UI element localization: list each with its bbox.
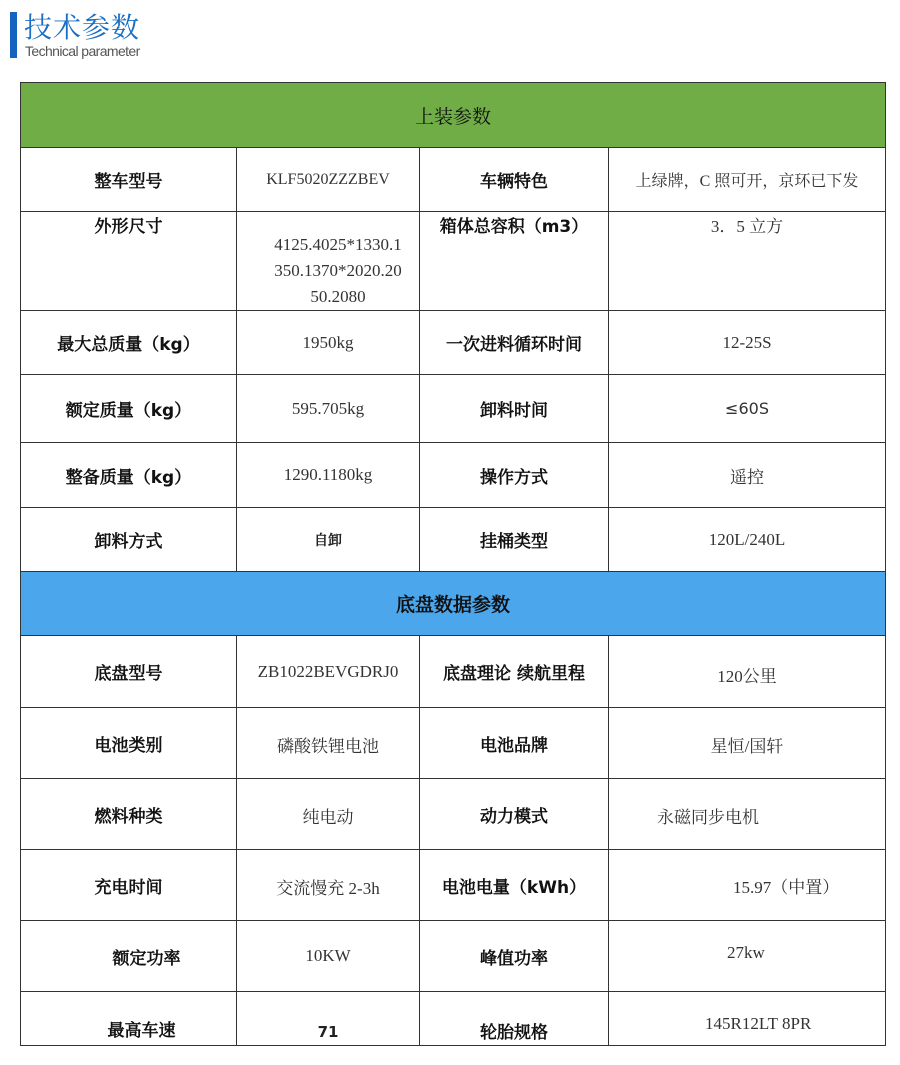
row-label: 车辆特色 bbox=[420, 148, 609, 212]
dims-line: 4125.4025*1330.1 bbox=[261, 232, 415, 258]
row-value: 145R12LT 8PR bbox=[609, 992, 886, 1046]
page-title: 技术参数 bbox=[24, 6, 140, 46]
row-value: ≤60S bbox=[609, 375, 886, 443]
table-row: 底盘型号 ZB1022BEVGDRJ0 底盘理论 续航里程 120公里 bbox=[21, 636, 886, 708]
row-value: 星恒/国轩 bbox=[609, 708, 886, 779]
table-row: 燃料种类 纯电动 动力模式 永磁同步电机 bbox=[21, 779, 886, 850]
row-label: 峰值功率 bbox=[420, 921, 609, 992]
table-row: 电池类别 磷酸铁锂电池 电池品牌 星恒/国轩 bbox=[21, 708, 886, 779]
row-label: 燃料种类 bbox=[21, 779, 237, 850]
row-label: 挂桶类型 bbox=[420, 508, 609, 572]
row-label: 卸料时间 bbox=[420, 375, 609, 443]
row-value: 1950kg bbox=[237, 311, 420, 375]
row-label: 箱体总容积（m3） bbox=[420, 212, 609, 311]
row-label: 额定质量（kg） bbox=[21, 375, 237, 443]
row-value: 3．5 立方 bbox=[609, 212, 886, 311]
page-subtitle: Technical parameter bbox=[25, 43, 140, 59]
section-title: 底盘数据参数 bbox=[21, 572, 886, 636]
row-value: 27kw bbox=[609, 921, 886, 992]
row-value: 4125.4025*1330.1 350.1370*2020.20 50.208… bbox=[237, 212, 420, 311]
row-label: 电池品牌 bbox=[420, 708, 609, 779]
table-row: 整车型号 KLF5020ZZZBEV 车辆特色 上绿牌，C 照可开，京环已下发 bbox=[21, 148, 886, 212]
row-label: 电池类别 bbox=[21, 708, 237, 779]
row-value: 12-25S bbox=[609, 311, 886, 375]
row-value: ZB1022BEVGDRJ0 bbox=[237, 636, 420, 708]
row-label: 最高车速 bbox=[21, 992, 237, 1046]
dims-line: 50.2080 bbox=[261, 284, 415, 310]
row-label: 整备质量（kg） bbox=[21, 443, 237, 508]
section-header-chassis: 底盘数据参数 bbox=[21, 572, 886, 636]
row-value: 71 bbox=[237, 992, 420, 1046]
dims-line: 350.1370*2020.20 bbox=[261, 258, 415, 284]
table-row: 额定功率 10KW 峰值功率 27kw bbox=[21, 921, 886, 992]
row-value: 永磁同步电机 bbox=[609, 779, 886, 850]
table-row: 外形尺寸 4125.4025*1330.1 350.1370*2020.20 5… bbox=[21, 212, 886, 311]
section-header-upper: 上装参数 bbox=[21, 83, 886, 148]
row-value: 595.705kg bbox=[237, 375, 420, 443]
row-label: 轮胎规格 bbox=[420, 992, 609, 1046]
row-value: 10KW bbox=[237, 921, 420, 992]
table-row: 卸料方式 自卸 挂桶类型 120L/240L bbox=[21, 508, 886, 572]
row-label: 底盘型号 bbox=[21, 636, 237, 708]
spec-table: 上装参数 整车型号 KLF5020ZZZBEV 车辆特色 上绿牌，C 照可开，京… bbox=[20, 82, 886, 1046]
row-label: 最大总质量（kg） bbox=[21, 311, 237, 375]
row-label: 充电时间 bbox=[21, 850, 237, 921]
section-title: 上装参数 bbox=[21, 83, 886, 148]
table-row: 整备质量（kg） 1290.1180kg 操作方式 遥控 bbox=[21, 443, 886, 508]
row-value: 磷酸铁锂电池 bbox=[237, 708, 420, 779]
row-value: KLF5020ZZZBEV bbox=[237, 148, 420, 212]
row-label: 额定功率 bbox=[21, 921, 237, 992]
row-label: 电池电量（kWh） bbox=[420, 850, 609, 921]
row-value: 自卸 bbox=[237, 508, 420, 572]
row-label: 整车型号 bbox=[21, 148, 237, 212]
row-label: 一次进料循环时间 bbox=[420, 311, 609, 375]
title-accent-bar bbox=[10, 12, 17, 58]
row-value: 120L/240L bbox=[609, 508, 886, 572]
row-value: 上绿牌，C 照可开，京环已下发 bbox=[609, 148, 886, 212]
row-label: 卸料方式 bbox=[21, 508, 237, 572]
row-label: 操作方式 bbox=[420, 443, 609, 508]
row-label: 底盘理论 续航里程 bbox=[420, 636, 609, 708]
table-row: 充电时间 交流慢充 2-3h 电池电量（kWh） 15.97（中置） bbox=[21, 850, 886, 921]
row-value: 交流慢充 2-3h bbox=[237, 850, 420, 921]
row-value: 遥控 bbox=[609, 443, 886, 508]
table-row: 最大总质量（kg） 1950kg 一次进料循环时间 12-25S bbox=[21, 311, 886, 375]
row-value: 1290.1180kg bbox=[237, 443, 420, 508]
row-value: 120公里 bbox=[609, 636, 886, 708]
table-row: 额定质量（kg） 595.705kg 卸料时间 ≤60S bbox=[21, 375, 886, 443]
table-row: 最高车速 71 轮胎规格 145R12LT 8PR bbox=[21, 992, 886, 1046]
row-value: 15.97（中置） bbox=[609, 850, 886, 921]
row-label: 动力模式 bbox=[420, 779, 609, 850]
row-label: 外形尺寸 bbox=[21, 212, 237, 311]
row-value: 纯电动 bbox=[237, 779, 420, 850]
